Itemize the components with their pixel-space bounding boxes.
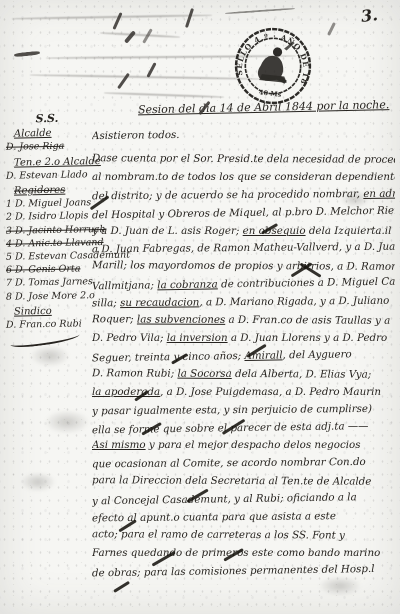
paper-stain [20, 472, 56, 492]
margin-item: 7 D. Tomas Jarnes [6, 276, 88, 291]
session-heading: Sesion del dia 14 de Abril 1844 por la n… [138, 99, 368, 117]
body-line: de obras; para las comisiones permanente… [92, 560, 395, 583]
body-lines: Dase cuenta por el Sor. Presid.te dela n… [92, 151, 395, 581]
attendees-margin: S.S.AlcaldeD. Jose RigaTen.e 2.o Alcalde… [6, 112, 88, 345]
margin-item: 8 D. Jose More 2.o [6, 289, 88, 304]
folio-number: 3. [360, 5, 379, 26]
body-line: Roquer; las subvenciones a D. Fran.co de… [92, 311, 395, 330]
margin-item: 3 D. Jacinto Horruch [6, 223, 88, 238]
body-line: silla; su recaudacion, a D. Mariano Riga… [92, 293, 395, 314]
attendees-list: S.S.AlcaldeD. Jose RigaTen.e 2.o Alcalde… [6, 112, 88, 331]
body-line: Farnes quedando de primeros este como ba… [92, 545, 395, 563]
body-opening-line: Asistieron todos. [92, 124, 395, 146]
body-line: D. Ramon Rubi; la Socorsa dela Alberta, … [92, 365, 395, 384]
body-line: efecto al apunt.o cuanta para que asista… [92, 508, 395, 529]
seal-figure [257, 38, 295, 84]
body-line: acto; para el ramo de carreteras a los S… [92, 526, 395, 545]
paper-stain [44, 410, 90, 434]
paper-stain [30, 345, 70, 367]
body-line: al nombram.to de todos los que se consid… [92, 169, 395, 187]
body-line: y a D. Juan de L. asis Roger; en obsequi… [92, 223, 395, 241]
manuscript-page: SELLO 4.º · AÑO DE 1844 40 Ms 3. Sesion … [0, 0, 400, 614]
margin-item: 2 D. Isidro Llopis [6, 210, 88, 225]
margin-item: S.S. [6, 111, 88, 126]
margin-item: Ten.e 2.o Alcalde [6, 155, 88, 170]
margin-item: D. Estevan Llado [6, 168, 88, 183]
body-line: D. Pedro Vila; la inversion a D. Juan Ll… [92, 330, 395, 348]
official-seal-stamp: SELLO 4.º · AÑO DE 1844 40 Ms [225, 21, 321, 112]
body-line: Dase cuenta por el Sor. Presid.te dela n… [92, 150, 395, 169]
body-text: Asistieron todos. Dase cuenta por el Sor… [92, 126, 395, 581]
margin-item: D. Jose Riga [6, 140, 88, 155]
seal-denomination: 40 Ms [259, 88, 282, 98]
body-line: Asi mismo y para el mejor despacho delos… [92, 437, 395, 455]
